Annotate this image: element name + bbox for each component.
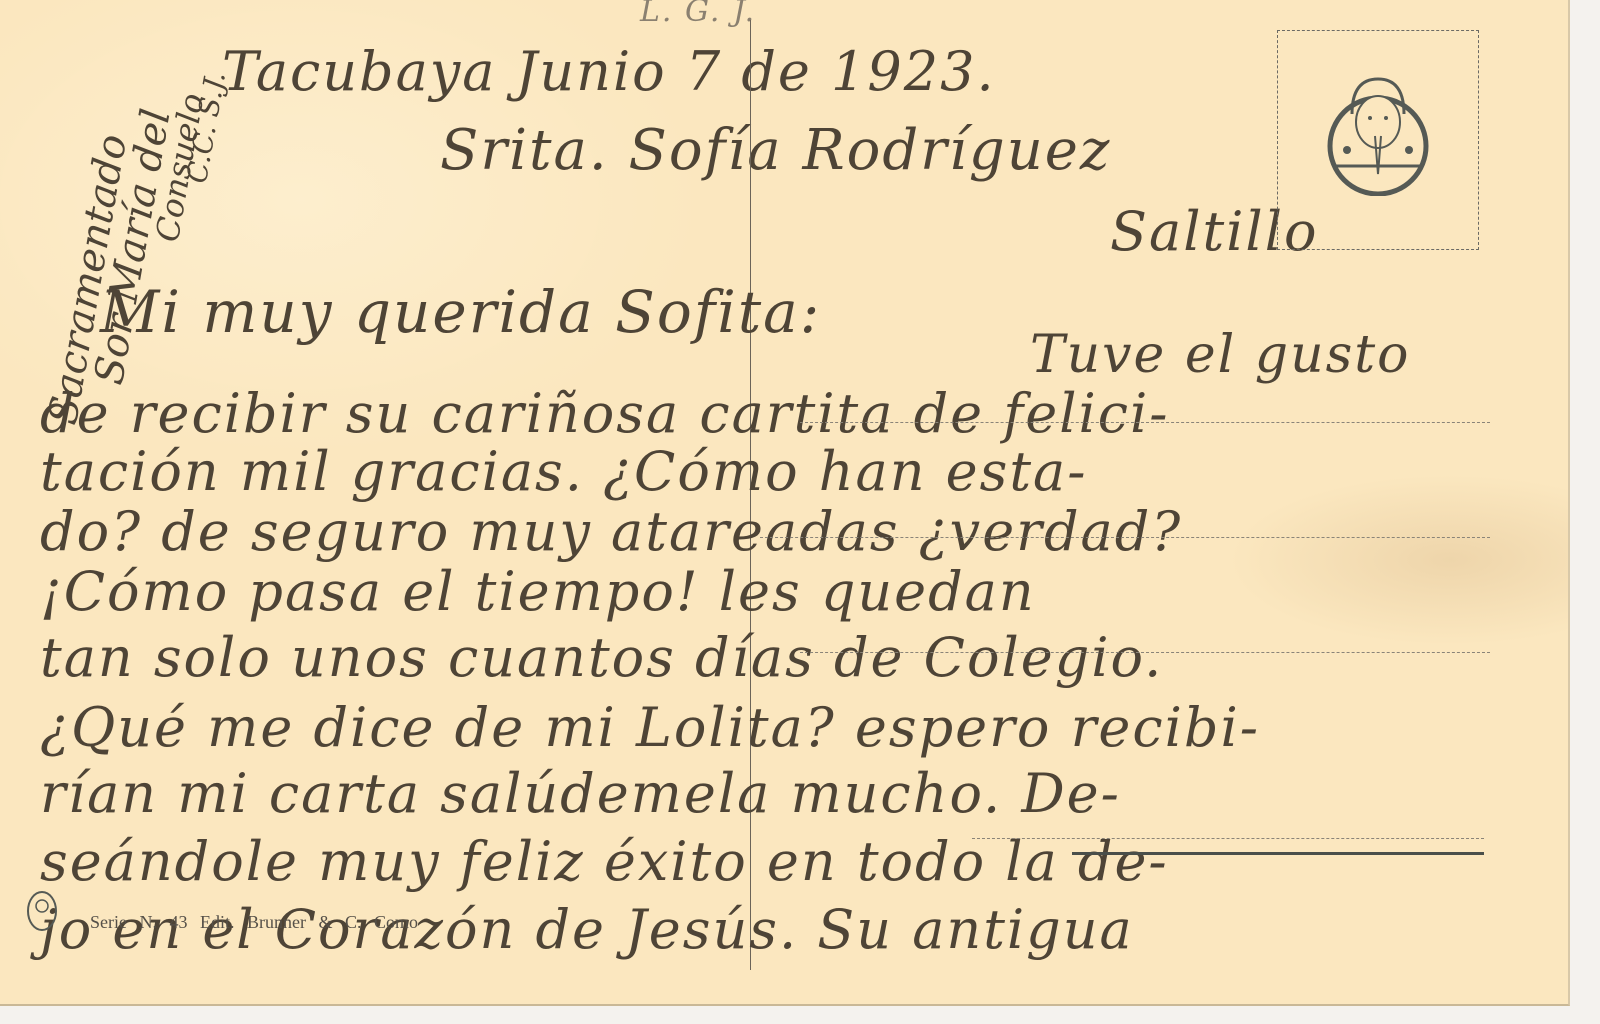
greeting: Mi muy querida Sofita: [100,278,821,346]
body-line: seándole muy feliz éxito en todo la de- [40,830,1169,893]
body-line: rían mi carta salúdemela mucho. De- [40,762,1121,825]
recipient-name: Srita. Sofía Rodríguez [440,118,1111,183]
body-line: de recibir su cariñosa cartita de felici… [40,382,1170,445]
address-line [800,652,1490,653]
address-line [800,422,1490,423]
body-line: ¡Cómo pasa el tiempo! les quedan [40,560,1036,623]
body-line: ¿Qué me dice de mi Lolita? espero recibi… [40,696,1260,759]
address-rule [1072,852,1484,855]
address-line [972,838,1484,839]
body-line: tan solo unos cuantos días de Colegio. [40,626,1163,689]
printed-imprint: Serie N. 43 Edit. Brunner & C. Como [90,912,418,933]
body-line: Tuve el gusto [1030,325,1410,385]
postcard: L. G. J. Tacubaya Junio 7 de 1923. Srita… [0,0,1570,1006]
body-line: tación mil gracias. ¿Cómo han esta- [40,440,1087,503]
publisher-logo-icon [26,890,58,932]
body-line: do? de seguro muy atareadas ¿verdad? [40,500,1182,563]
address-line [760,537,1490,538]
place-date: Tacubaya Junio 7 de 1923. [222,40,996,103]
header-initials: L. G. J. [640,0,756,29]
stamp-portrait-icon [1322,74,1434,196]
